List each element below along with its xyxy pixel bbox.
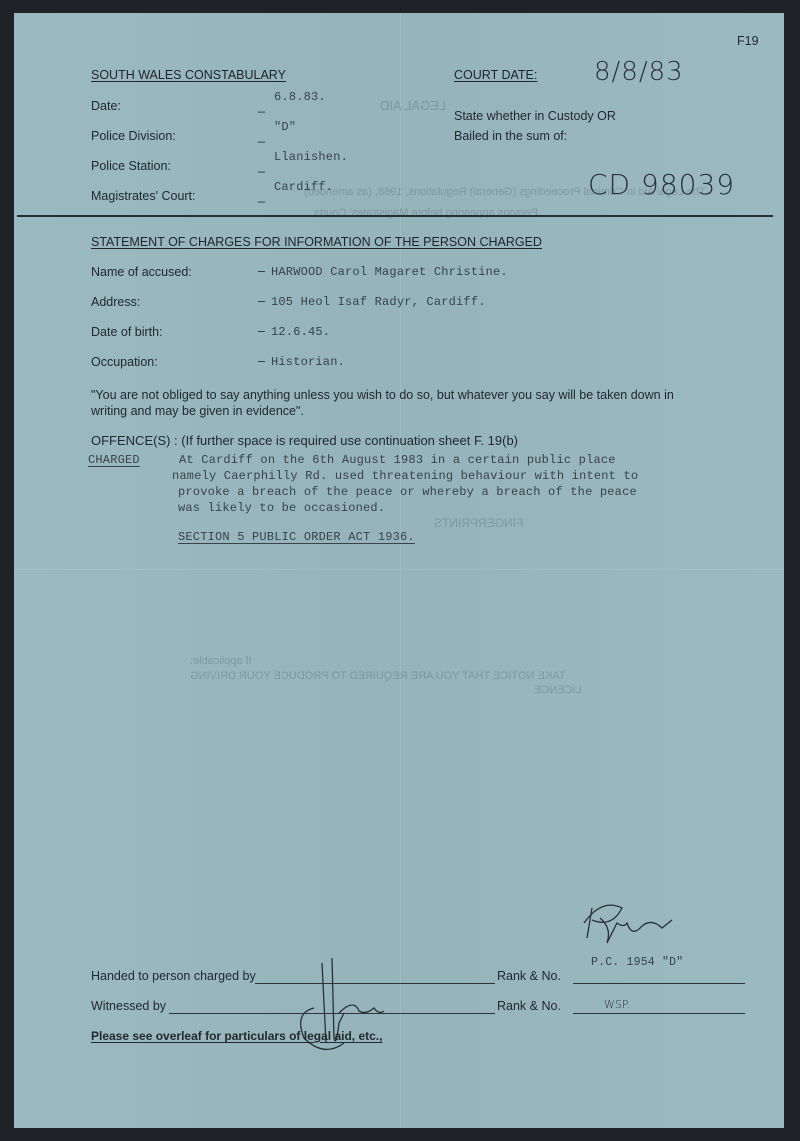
rank-line-2 [573,1013,745,1014]
statement-title: STATEMENT OF CHARGES FOR INFORMATION OF … [91,235,542,249]
address-label: Address: [91,295,140,309]
magistrates-court-dash: _ [258,189,265,203]
show-through-text: FINGERPRINTS [434,516,523,530]
section-reference: SECTION 5 PUBLIC ORDER ACT 1936. [178,530,415,544]
magistrates-court-value: Cardiff. [274,180,333,194]
offence-line-1: At Cardiff on the 6th August 1983 in a c… [179,453,616,467]
reference-number: CD 98039 [588,168,735,201]
show-through-text: If applicable: [190,655,252,667]
date-value: 6.8.83. [274,90,326,104]
police-division-value: "D" [274,120,296,134]
police-division-dash: _ [258,129,265,143]
address-value: 105 Heol Isaf Radyr, Cardiff. [271,295,486,309]
magistrates-court-label: Magistrates' Court: [91,189,196,203]
show-through-text: TAKE NOTICE THAT YOU ARE REQUIRED TO PRO… [190,670,566,682]
caution-text-line-1: "You are not obliged to say anything unl… [91,388,674,402]
overleaf-note: Please see overleaf for particulars of l… [91,1029,382,1043]
accused-signature [284,953,404,1063]
fold-crease-horizontal [14,569,784,570]
rank-label-1: Rank & No. [497,969,561,983]
witnessed-label: Witnessed by [91,999,166,1013]
police-station-value: Llanishen. [274,150,348,164]
show-through-text: Persons appearing before Magistrates' Co… [314,207,538,219]
caution-text-line-2: writing and may be given in evidence". [91,404,304,418]
header-divider [17,215,773,217]
offence-line-4: was likely to be occasioned. [178,501,385,515]
rank-value-2: WSP. [604,998,630,1011]
offence-line-2: namely Caerphilly Rd. used threatening b… [172,469,638,483]
handed-label: Handed to person charged by [91,969,256,983]
rank-label-2: Rank & No. [497,999,561,1013]
court-date-value: 8/8/83 [594,57,684,87]
occupation-dash: – [258,354,265,368]
bail-label: Bailed in the sum of: [454,129,567,143]
rank-value-1: P.C. 1954 "D" [591,956,683,969]
police-station-label: Police Station: [91,159,171,173]
charge-sheet-paper: LEGAL AID The Legal Aid in Criminal Proc… [14,13,784,1128]
offence-label: OFFENCE(S) : (If further space is requir… [91,433,518,448]
occupation-label: Occupation: [91,355,158,369]
form-code: F19 [737,34,759,48]
date-label: Date: [91,99,121,113]
dob-label: Date of birth: [91,325,163,339]
court-date-label: COURT DATE: [454,68,537,82]
custody-label: State whether in Custody OR [454,109,616,123]
address-dash: – [258,294,265,308]
name-dash: – [258,264,265,278]
police-station-dash: _ [258,159,265,173]
rank-line-1 [573,983,745,984]
occupation-value: Historian. [271,355,345,369]
police-division-label: Police Division: [91,129,176,143]
charged-label: CHARGED [88,453,140,467]
date-dash: _ [258,99,265,113]
constabulary-heading: SOUTH WALES CONSTABULARY [91,68,286,82]
offence-line-3: provoke a breach of the peace or whereby… [178,485,637,499]
dob-value: 12.6.45. [271,325,330,339]
show-through-text: LEGAL AID [380,98,446,113]
dob-dash: – [258,324,265,338]
show-through-text: LICENCE [534,684,582,696]
name-label: Name of accused: [91,265,192,279]
name-value: HARWOOD Carol Magaret Christine. [271,265,508,279]
